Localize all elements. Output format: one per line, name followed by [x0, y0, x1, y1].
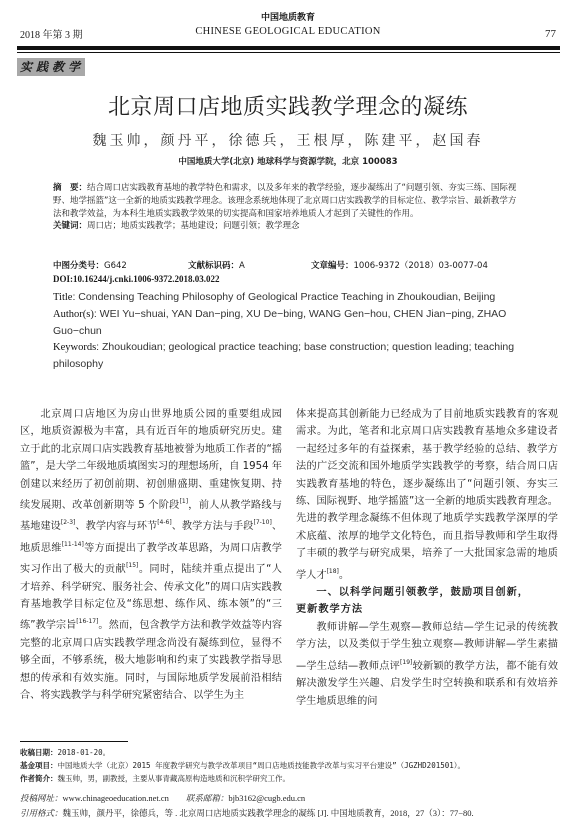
citation[interactable]: [7-10]	[253, 519, 271, 526]
doi[interactable]: DOI:10.16244/j.cnki.1006-9372.2018.03.02…	[53, 274, 220, 284]
affiliation: 中国地质大学(北京) 地球科学与资源学院，北京 100083	[0, 155, 576, 167]
submission-url[interactable]: www.chinageoeducation.net.cn	[63, 793, 169, 803]
body-column-right: 体来提高其创新能力已经成为了目前地质实践教育的客观需求。为此，笔者和北京周口店实…	[296, 406, 558, 710]
footnote-rule	[20, 741, 128, 742]
citation[interactable]: [11-14]	[62, 541, 84, 548]
submission-row: 投稿网址：www.chinageoeducation.net.cn 联系邮箱：b…	[20, 791, 560, 806]
running-header: 中国地质教育 2018 年第 3 期 CHINESE GEOLOGICAL ED…	[0, 0, 576, 48]
citation[interactable]: [19]	[400, 659, 412, 666]
footnotes: 收稿日期：2018-01-20。 基金项目：中国地质大学（北京）2015 年度教…	[20, 746, 560, 785]
citation[interactable]: [1]	[180, 498, 189, 505]
english-abstract: Title: Condensing Teaching Philosophy of…	[53, 289, 523, 372]
clc-code: 中图分类号：G642	[53, 259, 127, 271]
citation[interactable]: [4-6]	[157, 519, 171, 526]
citation[interactable]: [2-3]	[61, 519, 75, 526]
doc-code: 文献标识码：A	[188, 259, 245, 271]
citation-format: 引用格式：魏玉帅，颜丹平，徐德兵，等 . 北京周口店地质实践教学理念的凝练 [J…	[20, 806, 560, 821]
article-number: 文章编号：1006-9372（2018）03-0077-04	[311, 259, 488, 271]
section-heading-cont: 更新教学方法	[296, 601, 558, 618]
abstract: 摘 要：结合周口店实践教育基地的教学特色和需求，以及多年来的教学经验，逐步凝练出…	[53, 182, 523, 220]
contact-email[interactable]: bjb3162@cugb.edu.cn	[228, 793, 305, 803]
keywords-label: 关键词：	[53, 221, 87, 231]
fund-project: 基金项目：中国地质大学（北京）2015 年度教学研究与教学改革项目“周口店地质技…	[20, 759, 560, 772]
citation[interactable]: [15]	[126, 562, 138, 569]
citation[interactable]: [16-17]	[76, 618, 98, 625]
abstract-text: 结合周口店实践教育基地的教学特色和需求，以及多年来的教学经验，逐步凝练出了“问题…	[53, 183, 516, 219]
section-tag: 实践教学	[17, 58, 85, 76]
abstract-label: 摘 要：	[53, 183, 87, 193]
paragraph: 教师讲解—学生观察—教师总结—学生记录的传统教学方法，以及类似于学生独立观察—教…	[296, 619, 558, 710]
citation[interactable]: [18]	[327, 568, 339, 575]
paragraph: 体来提高其创新能力已经成为了目前地质实践教育的客观需求。为此，笔者和北京周口店实…	[296, 406, 558, 584]
en-keywords: Keywords: Zhoukoudian; geological practi…	[53, 339, 523, 372]
en-authors: Author(s): WEI Yu−shuai, YAN Dan−ping, X…	[53, 306, 523, 339]
received-date: 收稿日期：2018-01-20。	[20, 746, 560, 759]
en-title: Title: Condensing Teaching Philosophy of…	[53, 289, 523, 306]
author-bio: 作者简介：魏玉帅，男，副教授，主要从事青藏高原构造地质和沉积学研究工作。	[20, 772, 560, 785]
classification-row: 中图分类号：G642 文献标识码：A 文章编号：1006-9372（2018）0…	[53, 259, 523, 271]
article-title: 北京周口店地质实践教学理念的凝练	[0, 90, 576, 121]
abstract-block: 摘 要：结合周口店实践教育基地的教学特色和需求，以及多年来的教学经验，逐步凝练出…	[53, 182, 523, 233]
section-heading: 一、以科学问题引领教学，鼓励项目创新，	[296, 584, 558, 601]
keywords: 关键词：周口店；地质实践教学；基地建设；问题引领；教学理念	[53, 220, 523, 233]
paragraph: 北京周口店地区为房山世界地质公园的重要组成园区，地质资源极为丰富，具有近百年的地…	[20, 406, 282, 705]
body-column-left: 北京周口店地区为房山世界地质公园的重要组成园区，地质资源极为丰富，具有近百年的地…	[20, 406, 282, 705]
contact-info: 投稿网址：www.chinageoeducation.net.cn 联系邮箱：b…	[20, 791, 560, 821]
header-rule-thin	[17, 52, 560, 53]
author-list: 魏玉帅，颜丹平，徐德兵，王根厚，陈建平，赵国春	[0, 130, 576, 150]
header-rule-thick	[17, 46, 560, 50]
journal-name-en: CHINESE GEOLOGICAL EDUCATION	[0, 26, 576, 37]
journal-name-cn: 中国地质教育	[0, 10, 576, 23]
keywords-text: 周口店；地质实践教学；基地建设；问题引领；教学理念	[87, 221, 300, 231]
page-number: 77	[545, 28, 556, 40]
